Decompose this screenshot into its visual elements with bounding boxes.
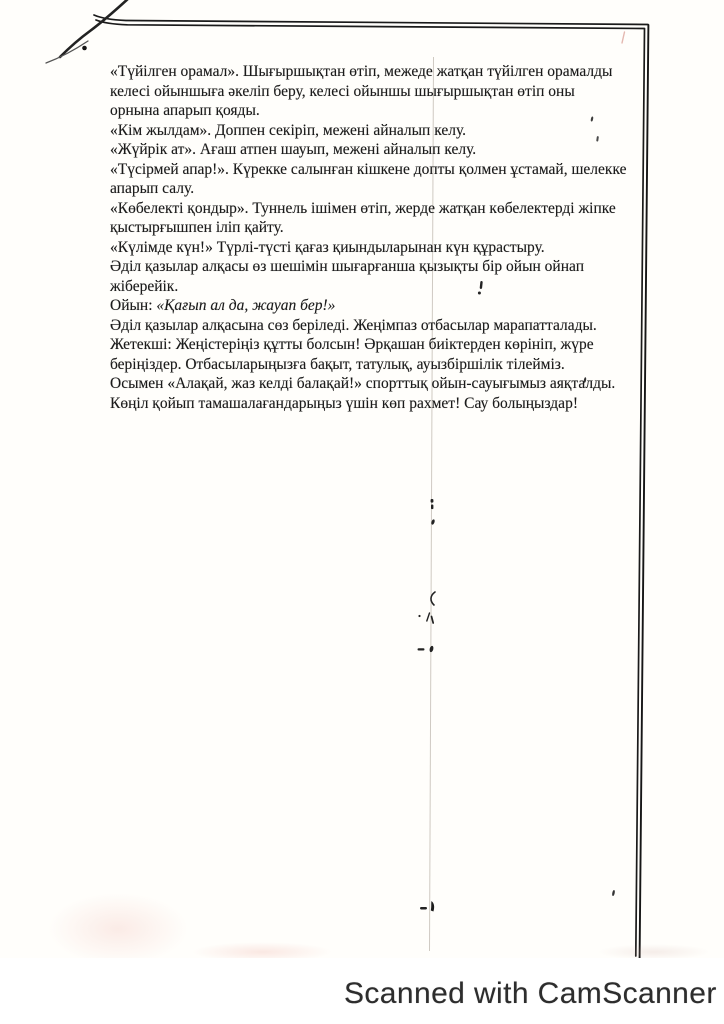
ink-speck — [429, 645, 434, 652]
text-line: «Түсірмей апар!». Күрекке салынған кішке… — [110, 160, 650, 180]
border-top-outer-line — [94, 15, 648, 25]
game-quote: «Қағып ал да, жауап бер!» — [156, 297, 335, 314]
ink-speck — [431, 592, 435, 605]
ink-speck — [418, 615, 420, 617]
page-curl-edge-line — [46, 41, 88, 63]
camscanner-watermark: Scanned with CamScanner — [344, 977, 717, 1011]
ink-speck — [431, 499, 434, 503]
text-line: Әділ қазылар алқасына сөз беріледі. Жеңі… — [110, 316, 650, 336]
text-line: «Көбелекті қондыр». Туннель ішімен өтіп,… — [110, 199, 650, 219]
watermark-strip: Scanned with CamScanner — [0, 958, 724, 1024]
text-line: қыстырғышпен іліп қайту. — [110, 218, 650, 238]
text-line: беріңіздер. Отбасыларыңызға бақыт, татул… — [110, 355, 650, 375]
game-label: Ойын: — [110, 297, 156, 314]
text-line-game: Ойын: «Қағып ал да, жауап бер!» — [110, 296, 650, 316]
red-speck — [622, 32, 625, 43]
pink-smudge — [48, 893, 188, 965]
ink-speck — [612, 890, 616, 897]
text-line: Осымен «Алақай, жаз келді балақай!» спор… — [110, 374, 650, 394]
ink-speck — [431, 901, 434, 912]
ink-speck — [427, 613, 430, 621]
text-line: «Кім жылдам». Доппен секіріп, межені айн… — [110, 121, 650, 141]
ink-speck — [431, 505, 433, 510]
page-curl-line — [60, 0, 130, 57]
text-line: Әділ қазылар алқасы өз шешімін шығарғанш… — [110, 257, 650, 277]
document-text: «Түйілген орамал». Шығыршықтан өтіп, меж… — [110, 62, 650, 413]
text-line: жіберейік. — [110, 277, 650, 297]
scanned-page: «Түйілген орамал». Шығыршықтан өтіп, меж… — [0, 0, 724, 960]
ink-speck — [420, 907, 427, 910]
text-line: «Жүйрік ат». Ағаш атпен шауып, межені ай… — [110, 140, 650, 160]
text-line: Жетекші: Жеңістеріңіз құтты болсын! Әрқа… — [110, 335, 650, 355]
text-line: орнына апарып қояды. — [110, 101, 650, 121]
ink-speck — [431, 519, 436, 525]
text-line: Көңіл қойып тамашалағандарыңыз үшін көп … — [110, 394, 650, 414]
border-top-inner-line — [96, 20, 645, 29]
ink-speck — [418, 648, 425, 650]
text-line: «Күлімде күн!» Түрлі-түсті қағаз қиындыл… — [110, 238, 650, 258]
page-curl-dot — [82, 46, 87, 51]
text-line: «Түйілген орамал». Шығыршықтан өтіп, меж… — [110, 62, 650, 82]
text-line: келесі ойыншыға әкеліп беру, келесі ойын… — [110, 82, 650, 102]
text-line: апарып салу. — [110, 179, 650, 199]
ink-speck — [432, 617, 434, 624]
